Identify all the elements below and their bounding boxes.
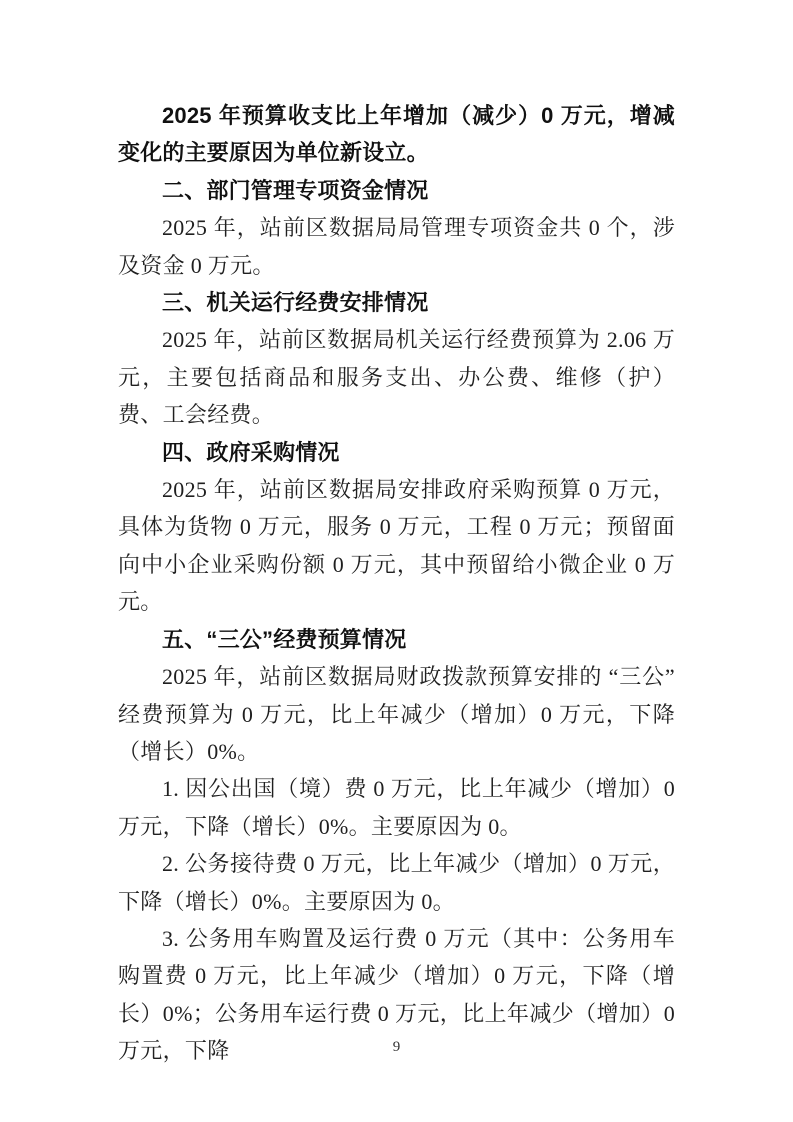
paragraph-three-public-overview: 2025 年，站前区数据局财政拨款预算安排的 “三公”经费预算为 0 万元，比上… [118, 658, 675, 770]
section-heading-government-procurement: 四、政府采购情况 [118, 434, 675, 471]
page-number: 9 [0, 1037, 793, 1057]
section-heading-operating-expenses: 三、机关运行经费安排情况 [118, 284, 675, 321]
paragraph-operating-expenses: 2025 年，站前区数据局机关运行经费预算为 2.06 万元，主要包括商品和服务… [118, 321, 675, 433]
paragraph-budget-change-reason: 2025 年预算收支比上年增加（减少）0 万元，增减变化的主要原因为单位新设立。 [118, 97, 675, 172]
document-page: 2025 年预算收支比上年增加（减少）0 万元，增减变化的主要原因为单位新设立。… [0, 0, 793, 1122]
paragraph-item-2-official-reception: 2. 公务接待费 0 万元，比上年减少（增加）0 万元，下降（增长）0%。主要原… [118, 845, 675, 920]
paragraph-dept-managed-funds: 2025 年，站前区数据局局管理专项资金共 0 个，涉及资金 0 万元。 [118, 209, 675, 284]
section-heading-dept-managed-funds: 二、部门管理专项资金情况 [118, 172, 675, 209]
document-content: 2025 年预算收支比上年增加（减少）0 万元，增减变化的主要原因为单位新设立。… [118, 97, 675, 1070]
section-heading-three-public-expenses: 五、“三公”经费预算情况 [118, 621, 675, 658]
paragraph-government-procurement: 2025 年，站前区数据局安排政府采购预算 0 万元，具体为货物 0 万元，服务… [118, 471, 675, 621]
paragraph-item-1-overseas-trips: 1. 因公出国（境）费 0 万元，比上年减少（增加）0 万元，下降（增长）0%。… [118, 770, 675, 845]
